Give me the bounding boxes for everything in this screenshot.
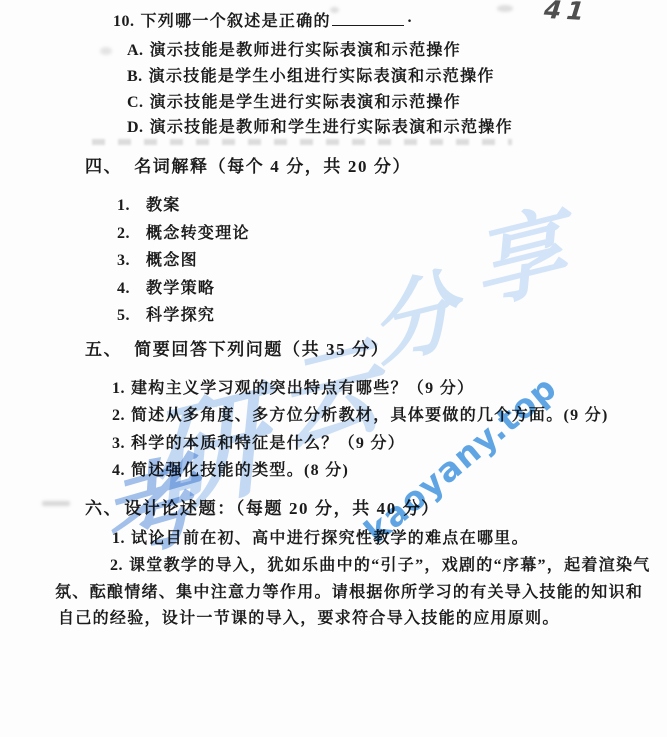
section-5-item-2: 2.简述从多角度、多方位分析教材，具体要做的几个方面。(9 分) — [112, 407, 609, 425]
item-number: 2. — [112, 407, 125, 425]
question-10-text: 下列哪一个叙述是正确的 — [141, 13, 331, 30]
item-number: 1. — [117, 197, 130, 215]
section-4-item-5: 5.科学探究 — [117, 307, 215, 325]
answer-blank-line — [332, 12, 404, 26]
scan-smudge — [100, 47, 112, 55]
question-10-number: 10. — [113, 13, 135, 31]
section-5-item-3: 3.科学的本质和特征是什么？（9 分） — [112, 435, 405, 453]
item-number: 2. — [110, 557, 123, 575]
section-5-numeral: 五、 — [85, 340, 122, 359]
item-number: 1. — [112, 530, 125, 548]
scan-smudge — [42, 501, 70, 506]
scanned-exam-page: 41 10.下列哪一个叙述是正确的· A.演示技能是教师进行实际表演和示范操作 … — [0, 0, 667, 737]
watermark-char-fen: 分 — [363, 240, 464, 384]
section-4-heading: 四、名词解释（每个 4 分，共 20 分） — [85, 158, 411, 176]
section-6-item-1: 1.试论目前在初、高中进行探究性教学的难点在哪里。 — [112, 530, 529, 548]
section-6-numeral: 六、 — [85, 499, 122, 518]
option-c-text: 演示技能是学生进行实际表演和示范操作 — [150, 94, 461, 111]
question-10-option-d: D.演示技能是教师和学生进行实际表演和示范操作 — [127, 119, 513, 137]
item-number: 3. — [117, 252, 130, 270]
item-number: 3. — [112, 435, 125, 453]
option-a-label: A. — [127, 42, 144, 60]
question-10-stem: 10.下列哪一个叙述是正确的· — [113, 12, 413, 31]
item-text: 建构主义学习观的突出特点有哪些？（9 分） — [131, 380, 474, 397]
section-4-numeral: 四、 — [85, 157, 122, 176]
section-4-item-2: 2.概念转变理论 — [117, 225, 250, 243]
section-6-title: 设计论述题：（每题 20 分，共 40 分） — [124, 499, 440, 518]
section-6-item-2-line-1: 2.课堂教学的导入，犹如乐曲中的“引子”，戏剧的“序幕”，起着渲染气 — [110, 557, 651, 575]
item-text: 概念图 — [146, 252, 198, 269]
item-text: 科学探究 — [146, 307, 215, 324]
item-text: 概念转变理论 — [146, 225, 250, 242]
section-5-item-4: 4.简述强化技能的类型。(8 分) — [112, 462, 349, 480]
section-5-heading: 五、简要回答下列问题（共 35 分） — [85, 341, 389, 359]
item-number: 4. — [117, 280, 130, 298]
section-4-item-1: 1.教案 — [117, 197, 181, 215]
section-5-item-1: 1.建构主义学习观的突出特点有哪些？（9 分） — [112, 380, 474, 398]
item-text: 课堂教学的导入，犹如乐曲中的“引子”，戏剧的“序幕”，起着渲染气 — [129, 557, 651, 574]
section-4-item-4: 4.教学策略 — [117, 280, 215, 298]
item-number: 5. — [117, 307, 130, 325]
option-c-label: C. — [127, 94, 144, 112]
item-text: 简述从多角度、多方位分析教材，具体要做的几个方面。(9 分) — [131, 407, 609, 424]
question-10-option-b: B.演示技能是学生小组进行实际表演和示范操作 — [127, 68, 495, 86]
item-number: 1. — [112, 380, 125, 398]
item-text: 教案 — [146, 197, 181, 214]
section-6-item-2-line-3: 自己的经验，设计一节课的导入，要求符合导入技能的应用原则。 — [58, 610, 560, 628]
option-a-text: 演示技能是教师进行实际表演和示范操作 — [150, 42, 461, 59]
option-d-label: D. — [127, 119, 144, 137]
option-b-text: 演示技能是学生小组进行实际表演和示范操作 — [149, 68, 495, 85]
item-text: 试论目前在初、高中进行探究性教学的难点在哪里。 — [131, 530, 529, 547]
scan-smudge — [497, 5, 513, 12]
section-5-title: 简要回答下列问题（共 35 分） — [134, 340, 389, 359]
item-text: 简述强化技能的类型。(8 分) — [131, 462, 349, 479]
page-bleedthrough-artifact — [92, 139, 512, 145]
question-10-period: · — [407, 13, 414, 30]
handwritten-page-number: 41 — [540, 0, 593, 26]
item-text: 教学策略 — [146, 280, 215, 297]
section-4-title: 名词解释（每个 4 分，共 20 分） — [134, 157, 411, 176]
section-4-item-3: 3.概念图 — [117, 252, 198, 270]
question-10-option-c: C.演示技能是学生进行实际表演和示范操作 — [127, 94, 461, 112]
item-text: 科学的本质和特征是什么？（9 分） — [131, 435, 405, 452]
option-b-label: B. — [127, 68, 143, 86]
item-number: 2. — [117, 225, 130, 243]
section-6-heading: 六、设计论述题：（每题 20 分，共 40 分） — [85, 500, 440, 518]
item-number: 4. — [112, 462, 125, 480]
section-6-item-2-line-2: 氛、酝酿情绪、集中注意力等作用。请根据你所学习的有关导入技能的知识和 — [55, 584, 643, 602]
question-10-option-a: A.演示技能是教师进行实际表演和示范操作 — [127, 42, 461, 60]
option-d-text: 演示技能是教师和学生进行实际表演和示范操作 — [150, 119, 513, 136]
watermark-char-xiang: 享 — [464, 175, 572, 329]
